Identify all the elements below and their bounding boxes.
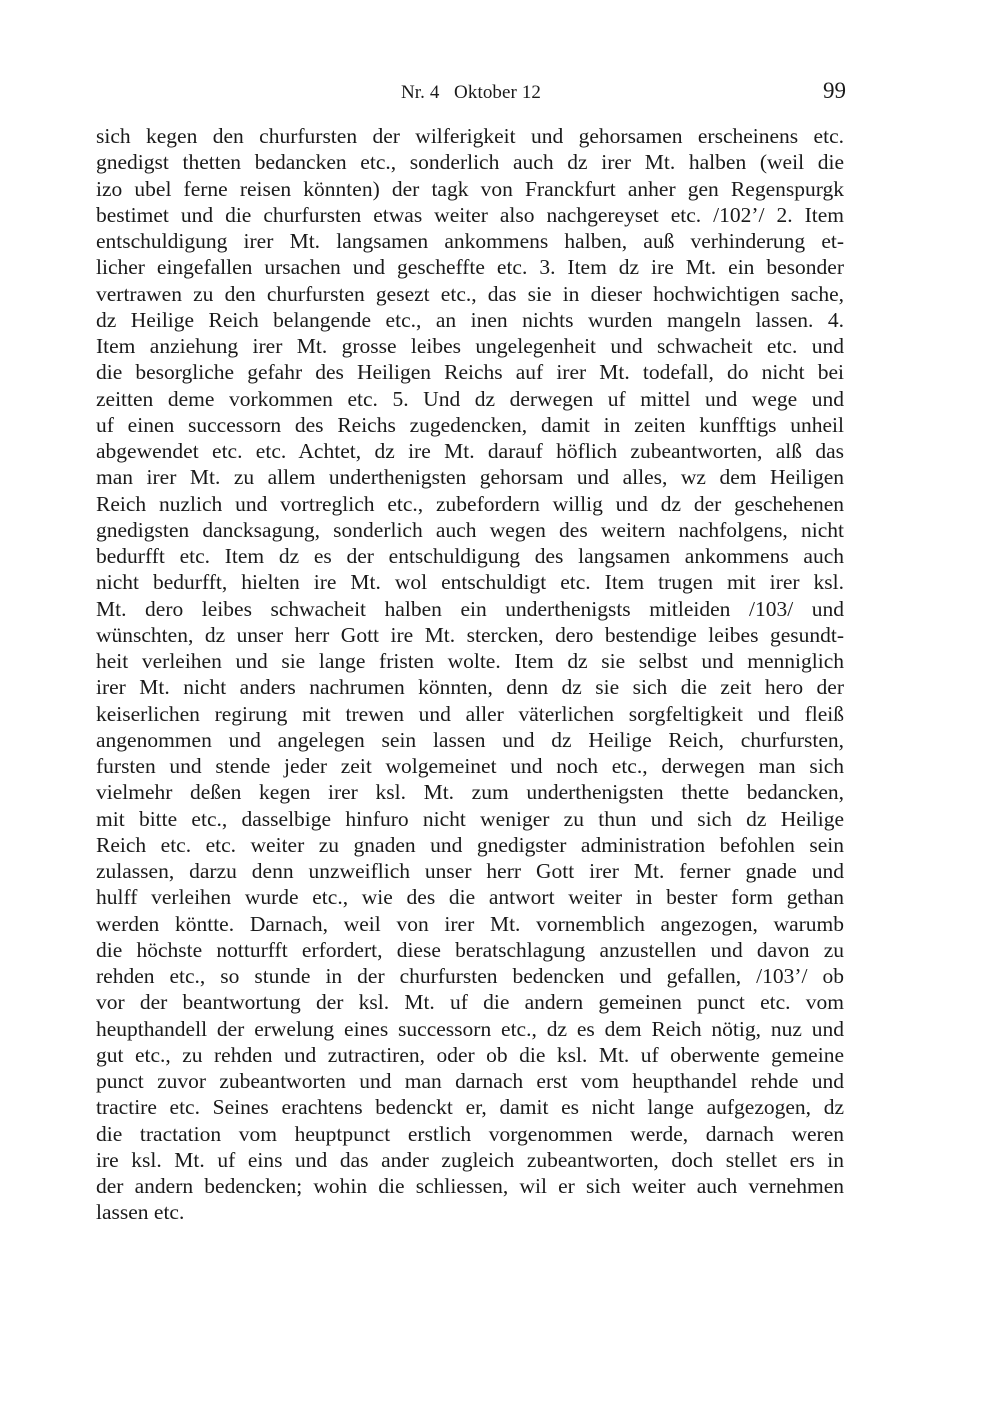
text-line-content: fursten und stende jeder zeit wolgemeine…: [96, 753, 844, 779]
text-line: bestimet und die churfursten etwas weite…: [96, 202, 844, 228]
text-line-content: entschuldigung irer Mt. langsamen ankomm…: [96, 228, 844, 254]
text-line: nicht bedurfft, hielten ire Mt. wol ents…: [96, 569, 844, 595]
text-line: zeitten deme vorkommen etc. 5. Und dz de…: [96, 386, 844, 412]
text-line-content: zeitten deme vorkommen etc. 5. Und dz de…: [96, 386, 844, 412]
text-line-content: vertrawen zu den churfursten gesezt etc.…: [96, 281, 844, 307]
text-line: zulassen, darzu denn unzweiflich unser h…: [96, 858, 844, 884]
text-line: rehden etc., so stunde in der churfurste…: [96, 963, 844, 989]
text-line: ire ksl. Mt. uf eins und das ander zugle…: [96, 1147, 844, 1173]
page-number: 99: [823, 78, 846, 104]
text-line: bedurfft etc. Item dz es der entschuldig…: [96, 543, 844, 569]
text-line: tractire etc. Seines erachtens bedenckt …: [96, 1094, 844, 1120]
text-line: vielmehr deßen kegen irer ksl. Mt. zum u…: [96, 779, 844, 805]
text-line-content: keiserlichen regirung mit trewen und all…: [96, 701, 844, 727]
text-line: keiserlichen regirung mit trewen und all…: [96, 701, 844, 727]
text-line: sich kegen den churfursten der wilferigk…: [96, 123, 844, 149]
text-line-content: sich kegen den churfursten der wilferigk…: [96, 123, 844, 149]
text-line-content: vielmehr deßen kegen irer ksl. Mt. zum u…: [96, 779, 844, 805]
text-line: angenommen und angelegen sein lassen und…: [96, 727, 844, 753]
text-line: fursten und stende jeder zeit wolgemeine…: [96, 753, 844, 779]
text-line: Reich nuzlich und vortreglich etc., zube…: [96, 491, 844, 517]
text-line: izo ubel ferne reisen könnten) der tagk …: [96, 176, 844, 202]
text-line-content: Reich nuzlich und vortreglich etc., zube…: [96, 491, 844, 517]
text-line-content: Reich etc. etc. weiter zu gnaden und gne…: [96, 832, 844, 858]
text-line: heupthandell der erwelung eines successo…: [96, 1016, 844, 1042]
text-line-content: vor der beantwortung der ksl. Mt. uf die…: [96, 989, 844, 1015]
text-line-content: punct zuvor zubeantworten und man darnac…: [96, 1068, 844, 1094]
text-line: uf einen successorn des Reichs zugedenck…: [96, 412, 844, 438]
text-line: entschuldigung irer Mt. langsamen ankomm…: [96, 228, 844, 254]
text-line: vor der beantwortung der ksl. Mt. uf die…: [96, 989, 844, 1015]
text-line-content: der andern bedencken; wohin die schliess…: [96, 1173, 844, 1199]
text-line-content: wünschten, dz unser herr Gott ire Mt. st…: [96, 622, 844, 648]
text-line-content: man irer Mt. zu allem underthenigsten ge…: [96, 464, 844, 490]
text-line: die besorgliche gefahr des Heiligen Reic…: [96, 359, 844, 385]
text-line-content: irer Mt. nicht anders nachrumen könnten,…: [96, 674, 844, 700]
text-line-content: heit verleihen und sie lange fristen wol…: [96, 648, 844, 674]
running-head: Nr. 4 Oktober 12: [96, 82, 846, 104]
text-line: licher eingefallen ursachen und gescheff…: [96, 254, 844, 280]
text-line-content: licher eingefallen ursachen und gescheff…: [96, 254, 844, 280]
text-line: wünschten, dz unser herr Gott ire Mt. st…: [96, 622, 844, 648]
text-line-content: die tractation vom heuptpunct erstlich v…: [96, 1121, 844, 1147]
text-line: hulff verleihen wurde etc., wie des die …: [96, 884, 844, 910]
text-line-content: dz Heilige Reich belangende etc., an ine…: [96, 307, 844, 333]
text-line-content: ire ksl. Mt. uf eins und das ander zugle…: [96, 1147, 844, 1173]
text-line: Reich etc. etc. weiter zu gnaden und gne…: [96, 832, 844, 858]
text-line: heit verleihen und sie lange fristen wol…: [96, 648, 844, 674]
text-line: der andern bedencken; wohin die schliess…: [96, 1173, 844, 1199]
text-line-content: gut etc., zu rehden und zutractiren, ode…: [96, 1042, 844, 1068]
text-line: die tractation vom heuptpunct erstlich v…: [96, 1121, 844, 1147]
text-line: punct zuvor zubeantworten und man darnac…: [96, 1068, 844, 1094]
text-line-content: werden köntte. Darnach, weil von irer Mt…: [96, 911, 844, 937]
text-line-content: heupthandell der erwelung eines successo…: [96, 1016, 844, 1042]
text-line-content: mit bitte etc., dasselbige hinfuro nicht…: [96, 806, 844, 832]
text-line: die höchste notturfft erfordert, diese b…: [96, 937, 844, 963]
text-line: lassen etc.: [96, 1199, 844, 1225]
text-line-content: nicht bedurfft, hielten ire Mt. wol ents…: [96, 569, 844, 595]
text-line-content: Mt. dero leibes schwacheit halben ein un…: [96, 596, 844, 622]
text-line-content: lassen etc.: [96, 1199, 844, 1225]
text-line: irer Mt. nicht anders nachrumen könnten,…: [96, 674, 844, 700]
text-line-content: abgewendet etc. etc. Achtet, dz ire Mt. …: [96, 438, 844, 464]
text-line: werden köntte. Darnach, weil von irer Mt…: [96, 911, 844, 937]
text-line-content: zulassen, darzu denn unzweiflich unser h…: [96, 858, 844, 884]
page-header: Nr. 4 Oktober 12 99: [96, 78, 846, 108]
text-line-content: gnedigst thetten bedancken etc., sonderl…: [96, 149, 844, 175]
text-line-content: angenommen und angelegen sein lassen und…: [96, 727, 844, 753]
text-line-content: uf einen successorn des Reichs zugedenck…: [96, 412, 844, 438]
text-line-content: tractire etc. Seines erachtens bedenckt …: [96, 1094, 844, 1120]
text-line: Mt. dero leibes schwacheit halben ein un…: [96, 596, 844, 622]
text-line: man irer Mt. zu allem underthenigsten ge…: [96, 464, 844, 490]
text-line-content: die höchste notturfft erfordert, diese b…: [96, 937, 844, 963]
text-line-content: die besorgliche gefahr des Heiligen Reic…: [96, 359, 844, 385]
text-line-content: bestimet und die churfursten etwas weite…: [96, 202, 844, 228]
text-line: gnedigsten dancksagung, sonderlich auch …: [96, 517, 844, 543]
body-text: sich kegen den churfursten der wilferigk…: [96, 123, 844, 1226]
text-line-content: Item anziehung irer Mt. grosse leibes un…: [96, 333, 844, 359]
text-line: vertrawen zu den churfursten gesezt etc.…: [96, 281, 844, 307]
text-line-content: rehden etc., so stunde in der churfurste…: [96, 963, 844, 989]
text-line: mit bitte etc., dasselbige hinfuro nicht…: [96, 806, 844, 832]
text-line-content: izo ubel ferne reisen könnten) der tagk …: [96, 176, 844, 202]
text-line: gut etc., zu rehden und zutractiren, ode…: [96, 1042, 844, 1068]
text-line: Item anziehung irer Mt. grosse leibes un…: [96, 333, 844, 359]
text-line: abgewendet etc. etc. Achtet, dz ire Mt. …: [96, 438, 844, 464]
text-line-content: bedurfft etc. Item dz es der entschuldig…: [96, 543, 844, 569]
text-line: gnedigst thetten bedancken etc., sonderl…: [96, 149, 844, 175]
text-line-content: gnedigsten dancksagung, sonderlich auch …: [96, 517, 844, 543]
text-line-content: hulff verleihen wurde etc., wie des die …: [96, 884, 844, 910]
text-line: dz Heilige Reich belangende etc., an ine…: [96, 307, 844, 333]
